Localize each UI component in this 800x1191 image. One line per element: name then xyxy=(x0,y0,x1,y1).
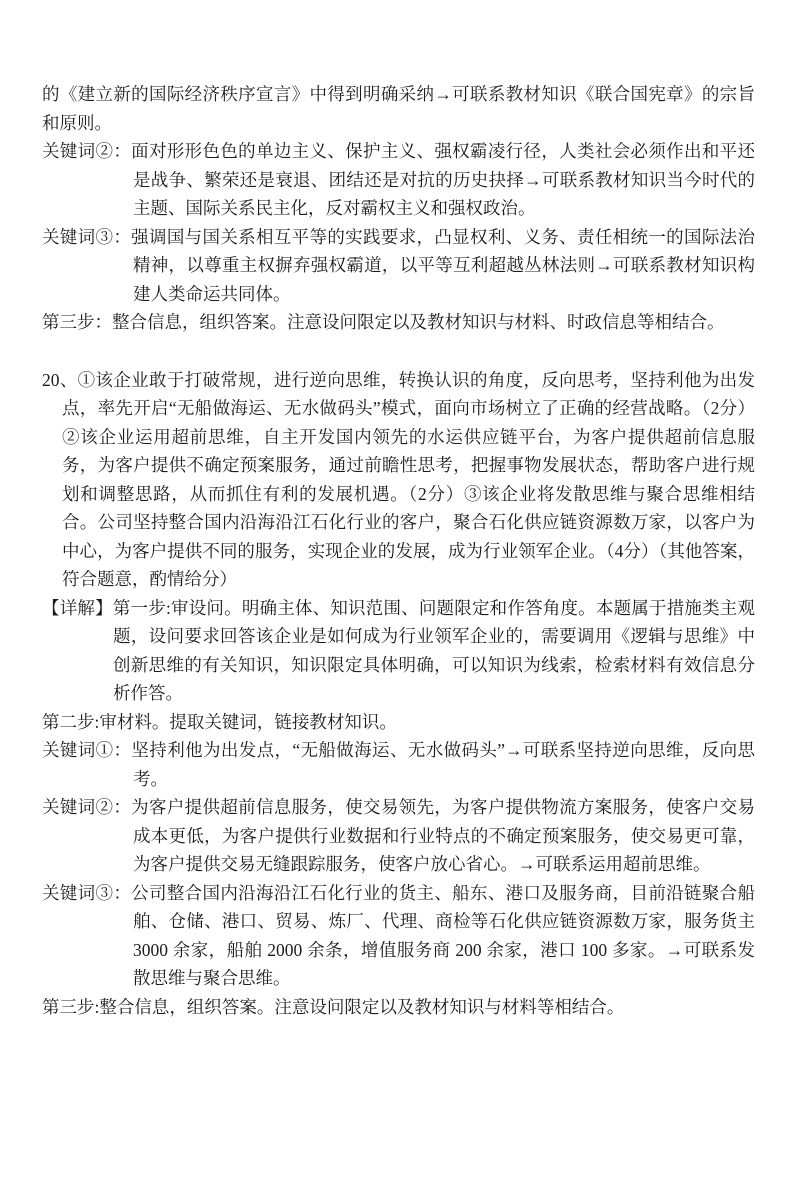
q20-number-label: 20、 xyxy=(42,370,78,390)
paragraph-detail-step-1: 【详解】第一步:审设问。明确主体、知识范围、问题限定和作答角度。本题属于措施类主… xyxy=(42,594,755,708)
paragraph-keyword-3: 关键词③：强调国与国关系相互平等的实践要求，凸显权利、义务、责任相统一的国际法治… xyxy=(42,223,755,309)
detail-keyword-1-text: 坚持利他为出发点，“无船做海运、无水做码头”→可联系坚持逆向思维，反向思考。 xyxy=(131,740,755,789)
paragraph-detail-step-3: 第三步:整合信息，组织答案。注意设问限定以及教材知识与材料等相结合。 xyxy=(42,993,755,1022)
paragraph-q20-answer: 20、①该企业敢于打破常规，进行逆向思维，转换认识的角度，反向思考，坚持利他为出… xyxy=(42,366,755,594)
paragraph-detail-keyword-1: 关键词①：坚持利他为出发点，“无船做海运、无水做码头”→可联系坚持逆向思维，反向… xyxy=(42,736,755,793)
keyword-3-label: 关键词③： xyxy=(42,227,131,247)
detail-keyword-1-label: 关键词①： xyxy=(42,740,131,760)
detail-label: 【详解】 xyxy=(42,598,113,618)
paragraph-detail-keyword-3: 关键词③：公司整合国内沿海沿江石化行业的货主、船东、港口及服务商，目前沿链聚合船… xyxy=(42,879,755,993)
section-q19-analysis-tail: 的《建立新的国际经济秩序宣言》中得到明确采纳→可联系教材知识《联合国宪章》的宗旨… xyxy=(42,80,755,337)
section-q20-analysis: 【详解】第一步:审设问。明确主体、知识范围、问题限定和作答角度。本题属于措施类主… xyxy=(42,594,755,1022)
detail-keyword-2-label: 关键词②： xyxy=(42,797,131,817)
paragraph-keyword-2: 关键词②：面对形形色色的单边主义、保护主义、强权霸凌行径，人类社会必须作出和平还… xyxy=(42,137,755,223)
q20-answer-text: ①该企业敢于打破常规，进行逆向思维，转换认识的角度，反向思考，坚持利他为出发点，… xyxy=(62,370,755,590)
detail-keyword-3-text: 公司整合国内沿海沿江石化行业的货主、船东、港口及服务商，目前沿链聚合船舶、仓储、… xyxy=(131,883,755,989)
keyword-2-text: 面对形形色色的单边主义、保护主义、强权霸凌行径，人类社会必须作出和平还是战争、繁… xyxy=(131,141,755,218)
paragraph-keyword1-tail: 的《建立新的国际经济秩序宣言》中得到明确采纳→可联系教材知识《联合国宪章》的宗旨… xyxy=(42,80,755,137)
keyword1-tail-text: 的《建立新的国际经济秩序宣言》中得到明确采纳→可联系教材知识《联合国宪章》的宗旨… xyxy=(42,84,755,133)
detail-step-2-text: 第二步:审材料。提取关键词，链接教材知识。 xyxy=(42,712,397,732)
detail-keyword-3-label: 关键词③： xyxy=(42,883,131,903)
keyword-2-label: 关键词②： xyxy=(42,141,131,161)
step-3-label: 第三步： xyxy=(42,312,112,332)
step-3-text: 整合信息，组织答案。注意设问限定以及教材知识与材料、时政信息等相结合。 xyxy=(112,312,725,332)
detail-step-1-text: 第一步:审设问。明确主体、知识范围、问题限定和作答角度。本题属于措施类主观题，设… xyxy=(113,598,755,704)
keyword-3-text: 强调国与国关系相互平等的实践要求，凸显权利、义务、责任相统一的国际法治精神，以尊… xyxy=(131,227,755,304)
detail-step-3-text: 第三步:整合信息，组织答案。注意设问限定以及教材知识与材料等相结合。 xyxy=(42,997,624,1017)
paragraph-detail-step-2: 第二步:审材料。提取关键词，链接教材知识。 xyxy=(42,708,755,737)
section-q20-answer: 20、①该企业敢于打破常规，进行逆向思维，转换认识的角度，反向思考，坚持利他为出… xyxy=(42,366,755,594)
detail-keyword-2-text: 为客户提供超前信息服务，使交易领先，为客户提供物流方案服务，使客户交易成本更低，… xyxy=(131,797,755,874)
paragraph-detail-keyword-2: 关键词②：为客户提供超前信息服务，使交易领先，为客户提供物流方案服务，使客户交易… xyxy=(42,793,755,879)
document-page: 的《建立新的国际经济秩序宣言》中得到明确采纳→可联系教材知识《联合国宪章》的宗旨… xyxy=(0,0,800,1191)
paragraph-step-3: 第三步：整合信息，组织答案。注意设问限定以及教材知识与材料、时政信息等相结合。 xyxy=(42,308,755,337)
